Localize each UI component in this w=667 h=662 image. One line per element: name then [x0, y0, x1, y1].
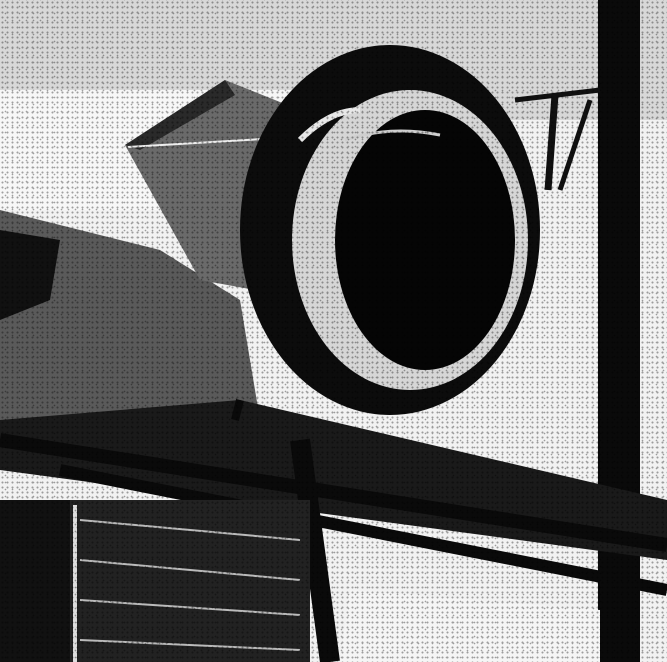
fence-grille [70, 500, 310, 662]
photograph [0, 0, 667, 662]
round-drum-device [240, 45, 540, 415]
utility-pole [598, 0, 640, 662]
photo-illustration [0, 0, 667, 662]
